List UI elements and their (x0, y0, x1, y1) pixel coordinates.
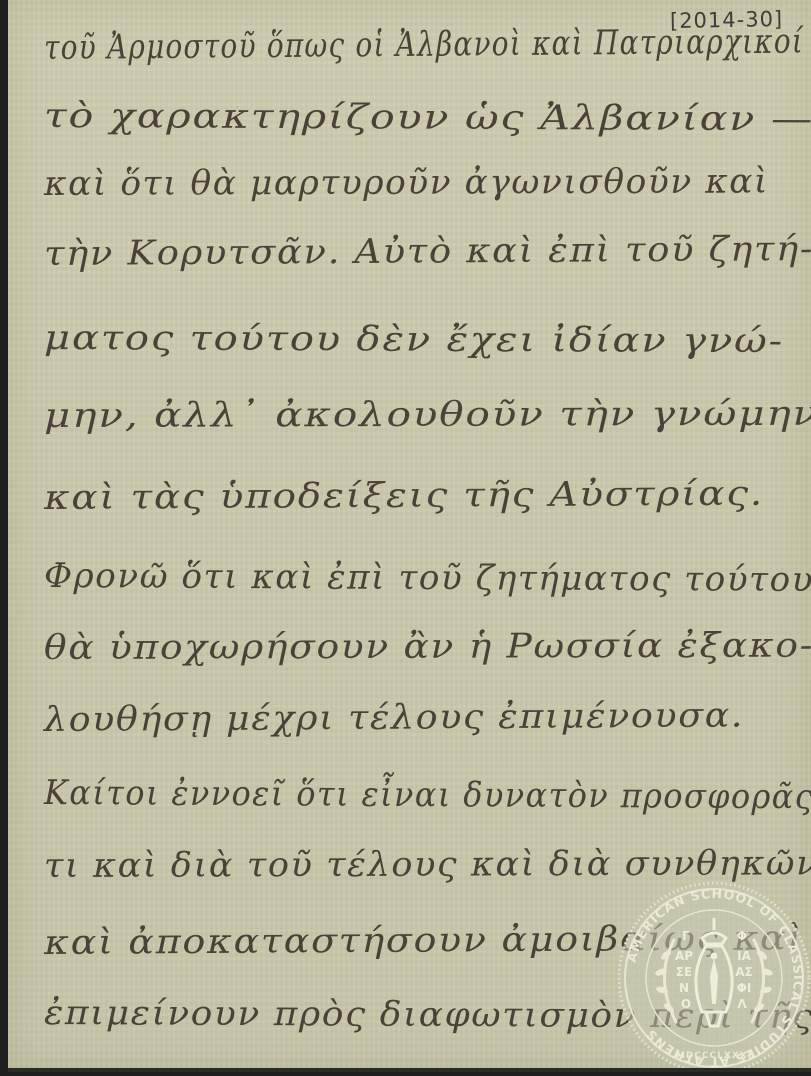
seal-date-text: MDCCCLXXXI (676, 1051, 752, 1061)
handwritten-line: ματος τούτου δὲν ἔχει ἰδίαν γνώ- (44, 318, 784, 361)
handwritten-line: τὴν Κορυτσᾶν. Αὐτὸ καὶ ἐπὶ τοῦ ζητή- (44, 229, 811, 274)
handwritten-line: καὶ τὰς ὑποδείξεις τῆς Αὐστρίας. (44, 474, 764, 518)
seal-letter: Γ (682, 929, 690, 943)
seal-letter: ΣΕ (676, 965, 692, 979)
seal-letter: Λ (737, 997, 747, 1011)
letter-page: [2014-30] τοῦ Ἀρμοστοῦ ὅπως οἱ Ἀλβανοὶ κ… (8, 0, 811, 1072)
handwritten-line: τοῦ Ἀρμοστοῦ ὅπως οἱ Ἀλβανοὶ καὶ Πατριαρ… (44, 22, 804, 68)
handwritten-line: Φρονῶ ὅτι καὶ ἐπὶ τοῦ ζητήματος τούτου (44, 556, 811, 600)
page-bottom-edge (8, 1068, 811, 1072)
seal-graphic: AMERICAN SCHOOL OF CLASSICAL STUDIES AT … (614, 880, 811, 1072)
seal-letter: Ν (679, 981, 689, 995)
handwritten-line: καὶ ὅτι θὰ μαρτυροῦν ἀγωνισθοῦν καὶ (44, 161, 769, 204)
handwritten-line: τὸ χαρακτηρίζουν ὡς Ἀλβανίαν — (44, 96, 811, 139)
seal-letter: Φ (737, 929, 747, 943)
handwritten-line: Καίτοι ἐννοεῖ ὅτι εἶναι δυνατὸν προσφορᾶ… (44, 773, 811, 817)
handwritten-line: μην, ἀλλ᾽ ἀκολουθοῦν τὴν γνώμην (44, 394, 811, 436)
seal-letter: ΙΑ (737, 949, 751, 963)
handwritten-line: θὰ ὑποχωρήσουν ἂν ἡ Ρωσσία ἐξακο- (44, 626, 811, 668)
ascsa-seal-stamp: AMERICAN SCHOOL OF CLASSICAL STUDIES AT … (614, 880, 811, 1072)
seal-letter: ΑΡ (675, 949, 693, 963)
seal-letter: ΑΣ (735, 965, 752, 979)
seal-letter: ΦΙ (737, 981, 752, 995)
handwritten-line: λουθήσῃ μέχρι τέλους ἐπιμένουσα. (44, 695, 744, 740)
seal-letter: Ο (681, 997, 691, 1011)
